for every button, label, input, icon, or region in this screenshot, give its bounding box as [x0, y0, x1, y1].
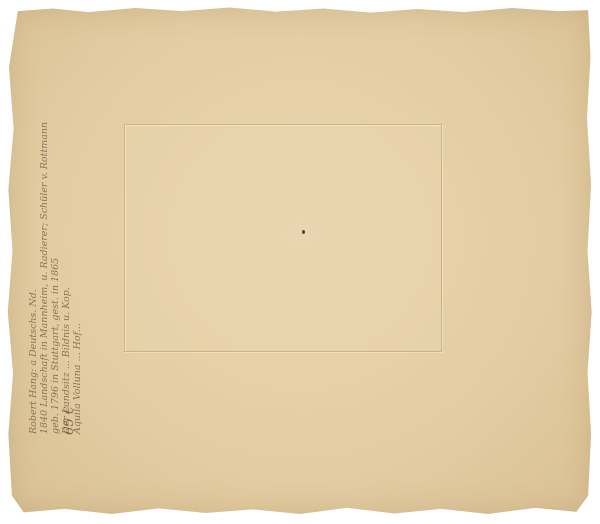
inscription-line: geb. 1796 in Stuttgart, gest. in 1865	[50, 54, 61, 434]
paper-sheet: Robert Hang: a Deutschs. Nd. 1840 Landsc…	[6, 6, 594, 516]
inscription-line: Aquila Volluna ... Hof...	[72, 54, 83, 434]
plate-mark	[124, 124, 442, 352]
pencil-inscriptions: Robert Hang: a Deutschs. Nd. 1840 Landsc…	[28, 54, 83, 434]
inscription-line: Robert Hang: a Deutschs. Nd.	[28, 54, 39, 434]
inscription-line: Der Landsitz ... Bildnis u. Kop.	[61, 54, 72, 434]
paper-speck	[302, 230, 305, 234]
inscription-line: 1840 Landschaft in Mannheim, u. Radierer…	[39, 54, 50, 434]
price-note: 65 €	[62, 406, 77, 435]
